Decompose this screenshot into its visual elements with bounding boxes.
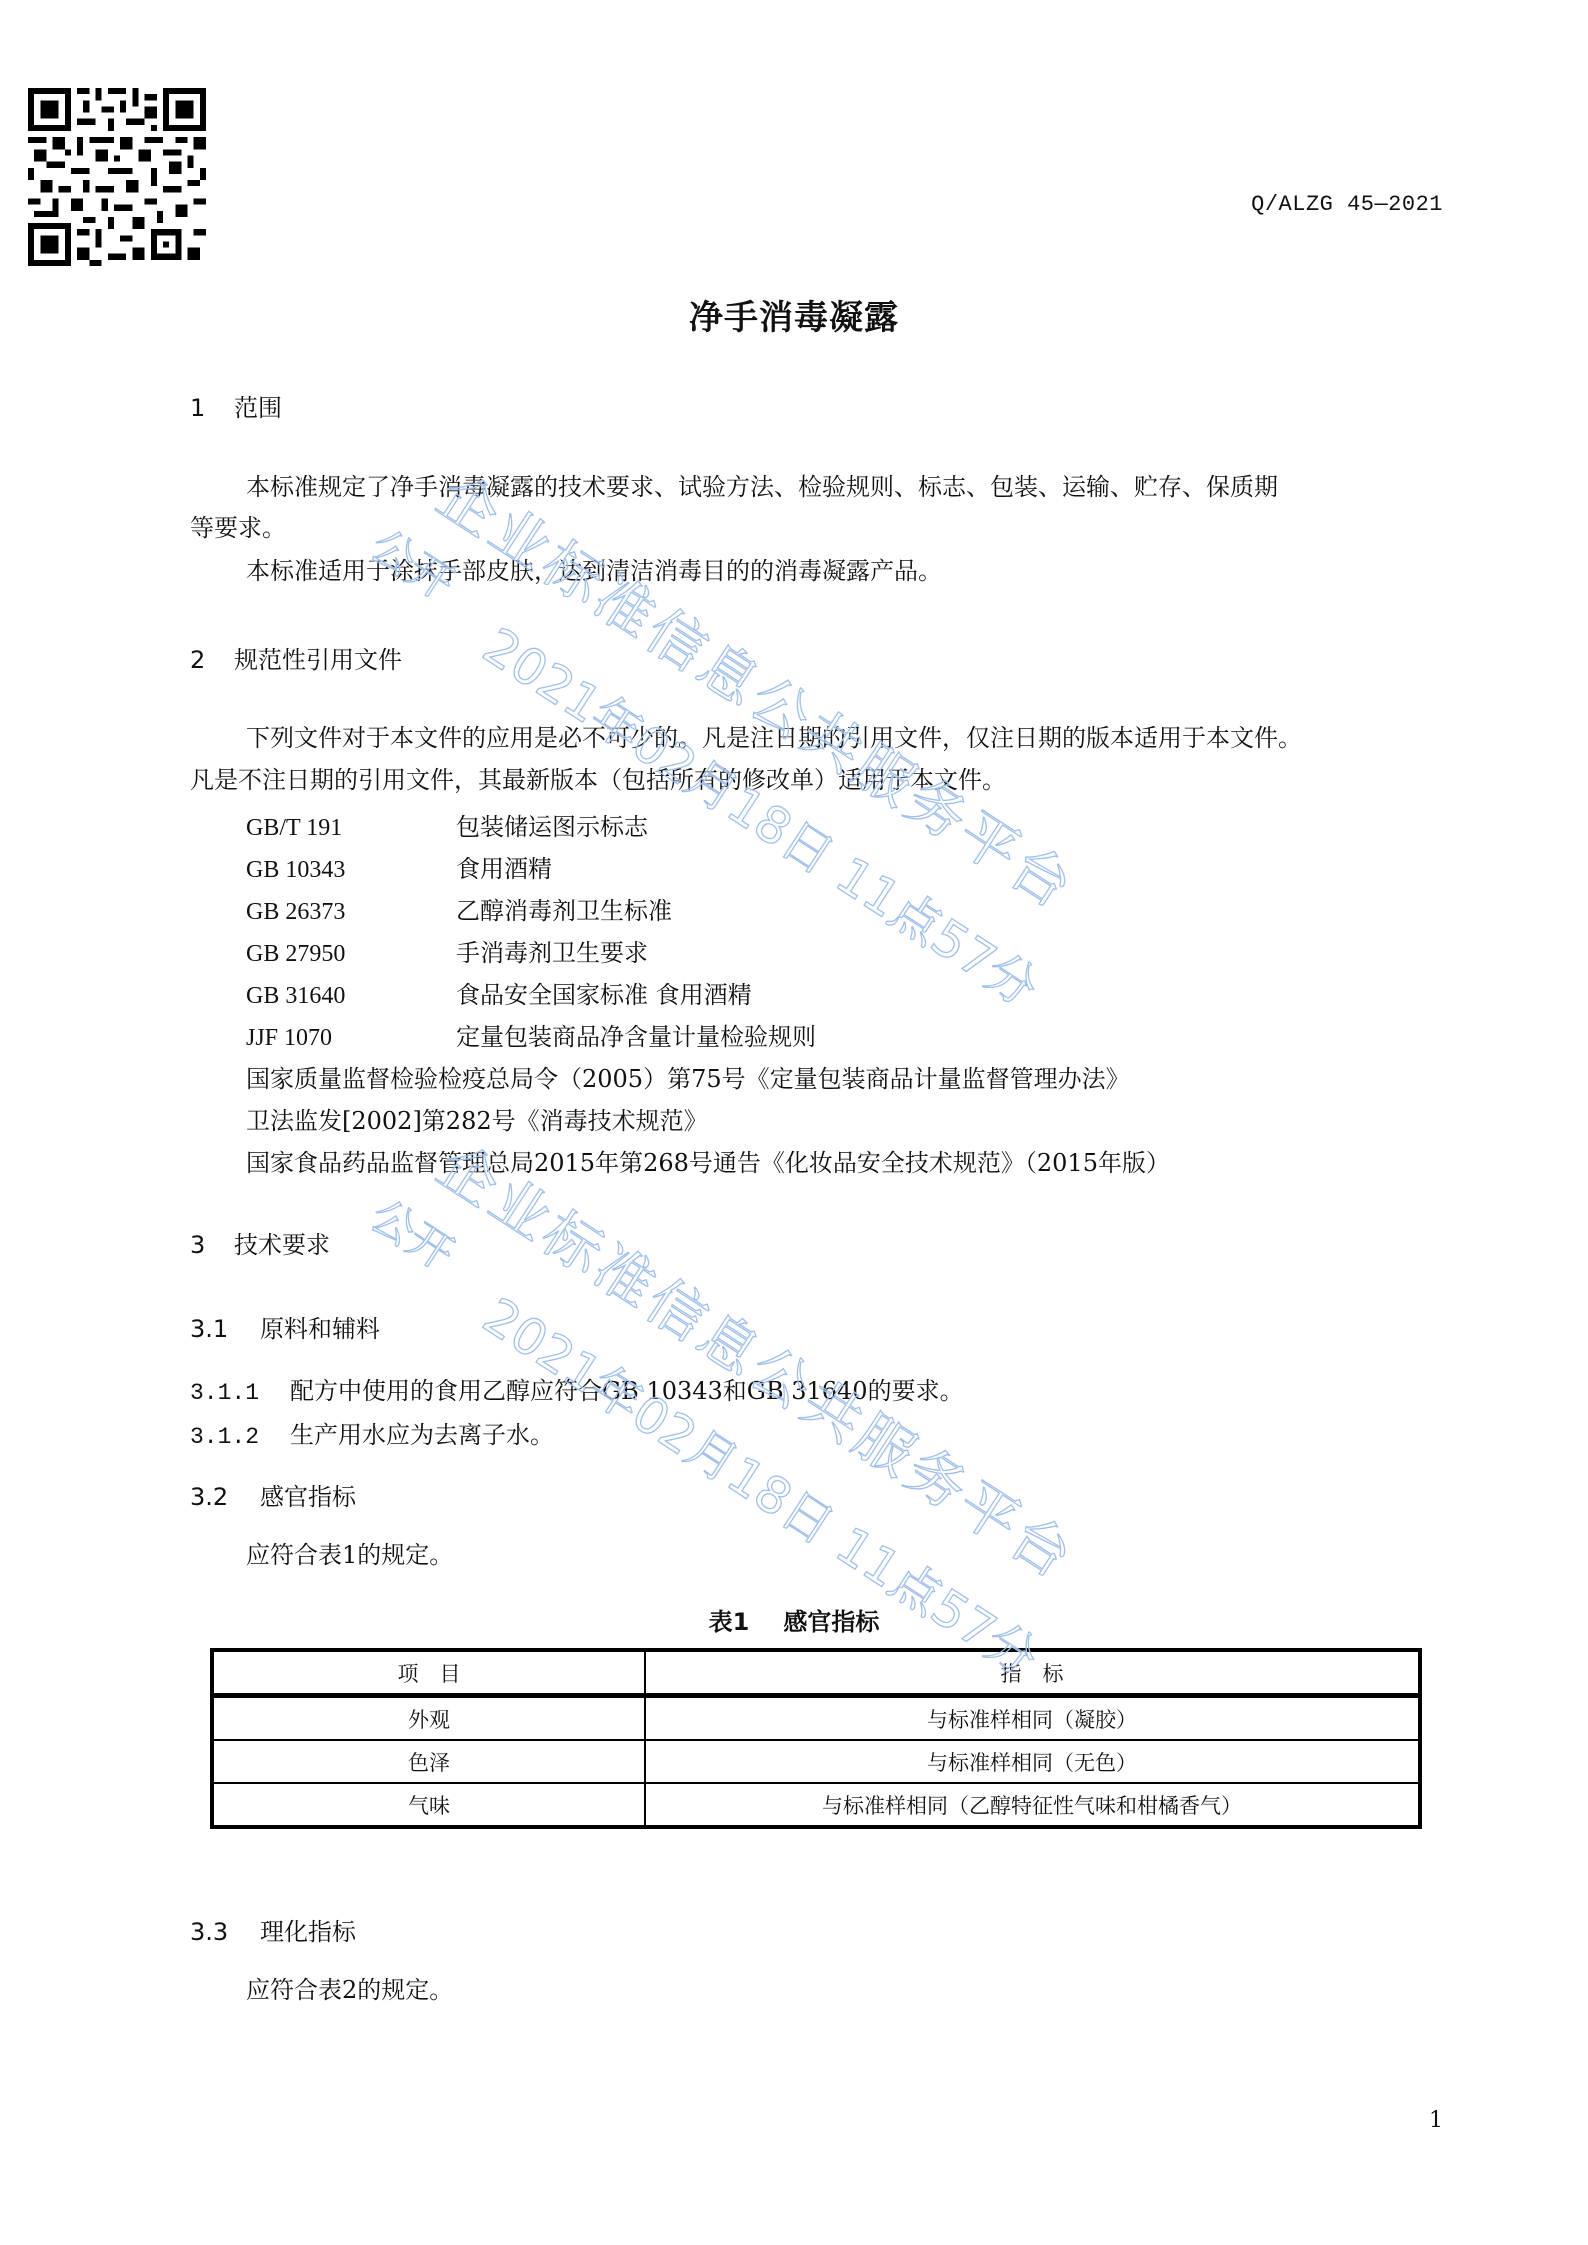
clause: 3.1.2生产用水应为去离子水。 [190, 1415, 554, 1450]
reference-title: 食用酒精 [456, 855, 552, 883]
paragraph: 等要求。 [190, 507, 286, 549]
clause-text: 配方中使用的食用乙醇应符合GB 10343和GB 31640的要求。 [290, 1377, 964, 1405]
section-number: 3 [190, 1231, 234, 1259]
reference-code: GB 31640 [246, 983, 456, 1010]
table-row: 外观 与标准样相同（凝胶） [212, 1696, 1420, 1741]
subsection-3-1-heading: 3.1原料和辅料 [190, 1309, 380, 1344]
column-header: 指 标 [645, 1650, 1420, 1696]
column-header: 项 目 [212, 1650, 645, 1696]
sensory-indicators-table: 项 目 指 标 外观 与标准样相同（凝胶） 色泽 与标准样相同（无色） 气味 与… [210, 1648, 1422, 1829]
paragraph: 本标准适用于涂抹手部皮肤，达到清洁消毒目的的消毒凝露产品。 [246, 550, 942, 592]
reference-title: 乙醇消毒剂卫生标准 [456, 897, 672, 925]
section-number: 1 [190, 394, 234, 422]
table-caption-title: 感官指标 [783, 1608, 879, 1636]
table-header-row: 项 目 指 标 [212, 1650, 1420, 1696]
clause-number: 3.1.1 [190, 1380, 290, 1406]
page-number: 1 [1429, 2108, 1443, 2133]
table-cell: 外观 [212, 1696, 645, 1741]
section-3-heading: 3技术要求 [190, 1225, 330, 1260]
reference-item: GB 26373乙醇消毒剂卫生标准 [246, 891, 672, 926]
table-number: 表1 [709, 1608, 750, 1636]
reference-item: 国家食品药品监督管理总局2015年第268号通告《化妆品安全技术规范》（2015… [246, 1143, 1170, 1178]
reference-title: 定量包装商品净含量计量检验规则 [456, 1023, 816, 1051]
table-cell: 气味 [212, 1783, 645, 1827]
table-row: 色泽 与标准样相同（无色） [212, 1740, 1420, 1783]
paragraph: 下列文件对于本文件的应用是必不可少的。凡是注日期的引用文件，仅注日期的版本适用于… [246, 717, 1302, 759]
reference-code: GB/T 191 [246, 815, 456, 842]
table-cell: 与标准样相同（乙醇特征性气味和柑橘香气） [645, 1783, 1420, 1827]
watermark-public-text: 公开 [360, 1181, 469, 1283]
table-caption: 表1感官指标 [0, 1602, 1588, 1637]
subsection-title: 理化指标 [260, 1918, 356, 1946]
reference-item: GB 27950手消毒剂卫生要求 [246, 933, 648, 968]
paragraph: 凡是不注日期的引用文件，其最新版本（包括所有的修改单）适用于本文件。 [190, 759, 1006, 801]
paragraph: 应符合表2的规定。 [246, 1969, 453, 2011]
reference-item: GB/T 191包装储运图示标志 [246, 807, 648, 842]
reference-item: 卫法监发[2002]第282号《消毒技术规范》 [246, 1101, 708, 1136]
reference-code: GB 10343 [246, 857, 456, 884]
subsection-title: 原料和辅料 [260, 1315, 380, 1343]
reference-title: 包装储运图示标志 [456, 813, 648, 841]
document-title: 净手消毒凝露 [0, 290, 1588, 339]
table-cell: 与标准样相同（无色） [645, 1740, 1420, 1783]
reference-item: JJF 1070定量包装商品净含量计量检验规则 [246, 1017, 816, 1052]
clause: 3.1.1配方中使用的食用乙醇应符合GB 10343和GB 31640的要求。 [190, 1371, 964, 1406]
section-number: 2 [190, 646, 234, 674]
reference-item: GB 31640食品安全国家标准 食用酒精 [246, 975, 752, 1010]
reference-item: GB 10343食用酒精 [246, 849, 552, 884]
subsection-number: 3.3 [190, 1918, 260, 1946]
paragraph: 本标准规定了净手消毒凝露的技术要求、试验方法、检验规则、标志、包装、运输、贮存、… [246, 466, 1278, 508]
table-row: 气味 与标准样相同（乙醇特征性气味和柑橘香气） [212, 1783, 1420, 1827]
table-cell: 色泽 [212, 1740, 645, 1783]
section-title: 范围 [234, 394, 282, 422]
subsection-3-3-heading: 3.3理化指标 [190, 1912, 356, 1947]
clause-text: 生产用水应为去离子水。 [290, 1421, 554, 1449]
reference-code: JJF 1070 [246, 1025, 456, 1052]
subsection-title: 感官指标 [260, 1483, 356, 1511]
section-title: 技术要求 [234, 1231, 330, 1259]
section-title: 规范性引用文件 [234, 646, 402, 674]
subsection-number: 3.1 [190, 1315, 260, 1343]
clause-number: 3.1.2 [190, 1424, 290, 1450]
qr-code-icon [28, 88, 206, 266]
reference-title: 食品安全国家标准 食用酒精 [456, 981, 752, 1009]
reference-item: 国家质量监督检验检疫总局令（2005）第75号《定量包装商品计量监督管理办法》 [246, 1059, 1130, 1094]
reference-code: GB 27950 [246, 941, 456, 968]
subsection-number: 3.2 [190, 1483, 260, 1511]
subsection-3-2-heading: 3.2感官指标 [190, 1477, 356, 1512]
reference-code: GB 26373 [246, 899, 456, 926]
watermark-platform-text: 企业标准信息公共服务平台 [424, 1120, 1094, 1596]
section-2-heading: 2规范性引用文件 [190, 640, 402, 675]
paragraph: 应符合表1的规定。 [246, 1534, 453, 1576]
table-cell: 与标准样相同（凝胶） [645, 1696, 1420, 1741]
section-1-heading: 1范围 [190, 388, 282, 423]
reference-title: 手消毒剂卫生要求 [456, 939, 648, 967]
document-code: Q/ALZG 45—2021 [1251, 192, 1443, 217]
